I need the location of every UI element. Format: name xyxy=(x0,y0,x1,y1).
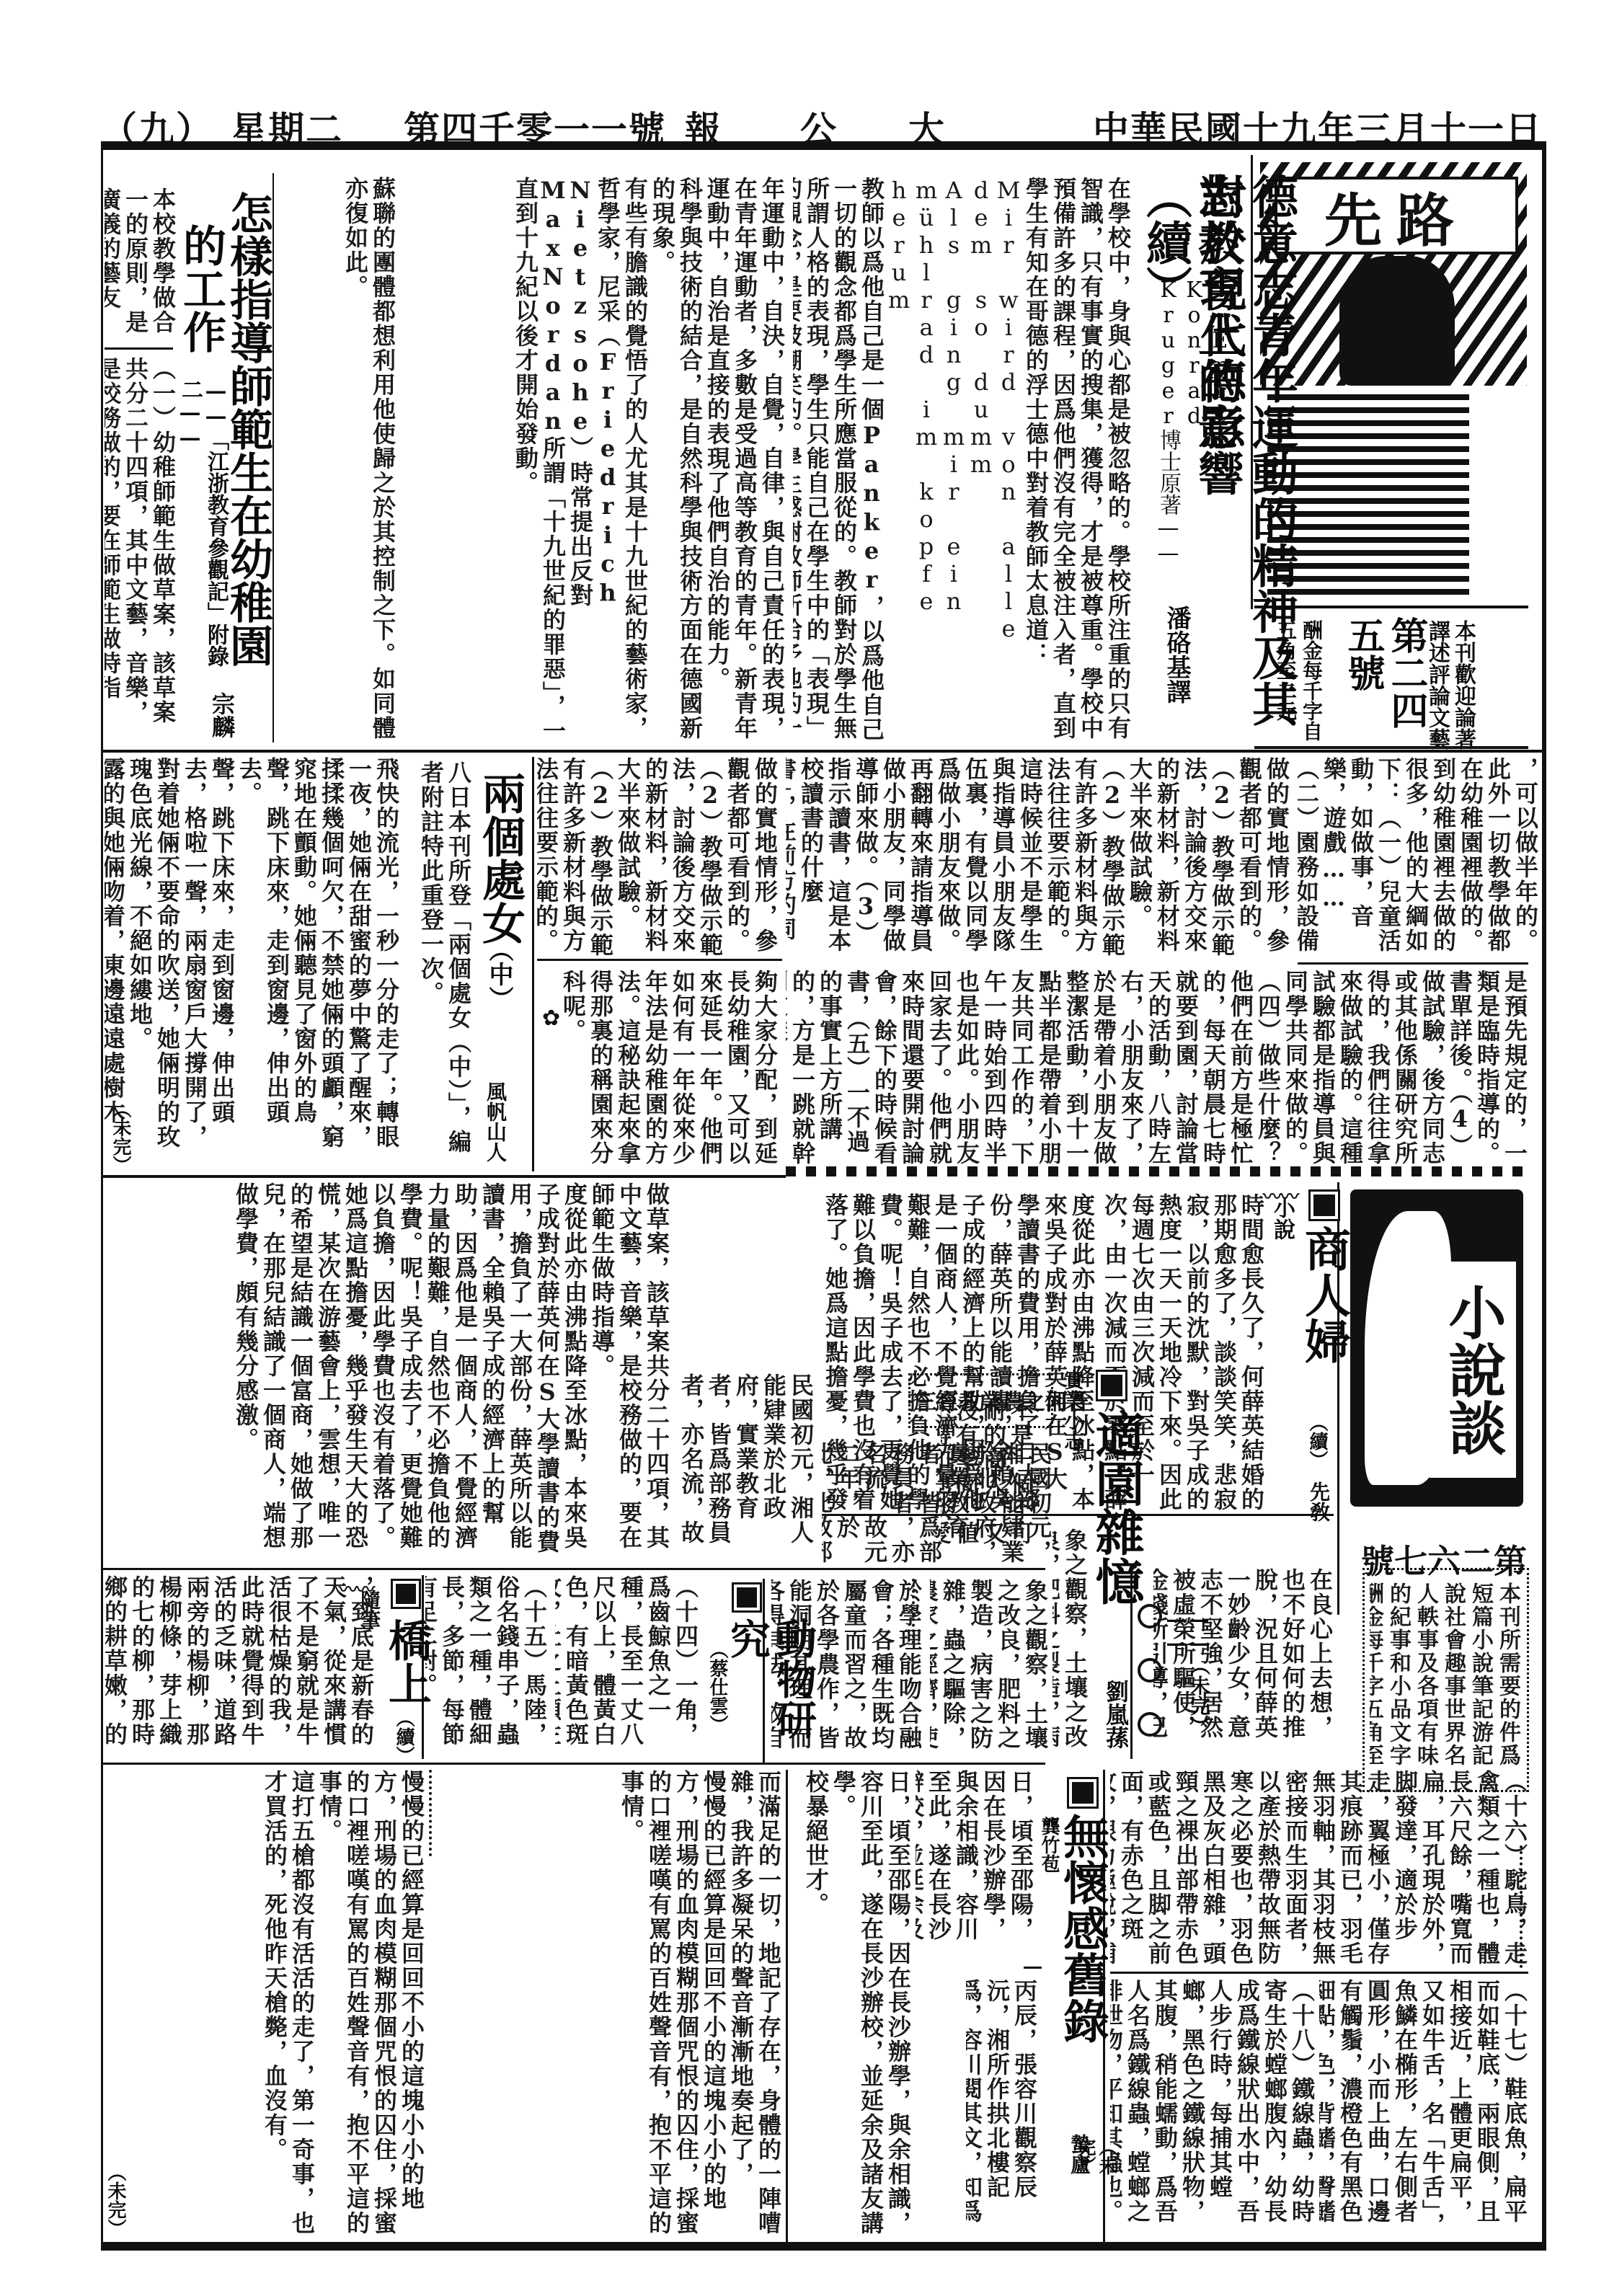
garden-paragraph: 民國初元，湘人能肄業於北政府，實業教育者，皆爲部務員者，亦名流，故元二年，於此，… xyxy=(822,1442,1052,1564)
masthead: 中華民國十九年三月十一日 大 公 報 第四千零一一號 星期二 （九） xyxy=(101,101,1543,144)
kg-continued-end: 夠大家分配，到延長幼稚園，又可以來延長一年。他們如何有一年從來少年法是幼稚園的方… xyxy=(537,970,779,1171)
kg-continued-mid: 做的實地情形，參觀者都可看到的。（2）教學做示範法，討論後方交來的新材料，新材料… xyxy=(786,757,1290,962)
issue-divider xyxy=(1254,746,1528,749)
article-paragraph: 蘇聯的團體都想利用他使歸之於其控制之下。如同體亦復如此。 xyxy=(342,177,396,746)
kg-body-lower: （一）幼稚師範生做草案，該草案共分二十四項，其中文藝，音樂，是校務做的，要在師範… xyxy=(105,357,177,746)
animal-entry-15: （十五）馬陸，俗名錢串子，蟲類之一種，體細長，多節，每節有足二對。 xyxy=(425,1575,548,1759)
fiction-notice: 本刊所需要的件爲短篇小說筆記游記說社會趣事世界名人軼事及各項有味的紀事和小品文字… xyxy=(1370,1582,1521,1784)
divider xyxy=(1024,1967,1042,1969)
garden-paragraph: 做草案，該草案共分二十四項，其中文藝，音樂，是校務做的，要在師範生做時指導。 xyxy=(588,1182,670,1564)
kg-title-line2: 的工作 xyxy=(177,223,226,368)
merchant-part: （續） xyxy=(1306,1413,1328,1471)
kg-divider xyxy=(105,347,173,350)
article-paragraph: 科學與技術的結合，是自然科學與技術方面在德國新的現象。 xyxy=(649,177,704,746)
fiction-banner: 小說談 第二六七號 xyxy=(1337,1182,1530,1615)
bridge-paragraph: 而滿足的一切，地記了存在，身體的一陣嘈雜，我許多凝呆的聲音漸漸地奏起了， xyxy=(727,1770,782,2246)
bridge-part: （續） xyxy=(393,1708,415,1766)
animal-title: 動物研究 xyxy=(724,1618,817,1763)
kg-paragraph: ，可以做半年的。此外一切教學做都在幼稚園裡做的。到幼稚園裡去做的很多，他的大綱如… xyxy=(1298,757,1539,962)
garden-paragraph: 象之觀察，土壤之改良，肥料之製造，病害之防雜，蟲之驅除，農家之經濟，使之親歷而研… xyxy=(1052,1528,1089,1766)
merchant-title: 商人婦 xyxy=(1298,1225,1350,1413)
entry-number: （十五） xyxy=(520,1575,548,1673)
animal-author: （蔡仕雲） xyxy=(706,1640,728,1727)
divider xyxy=(1298,962,1528,965)
notice-welcome: 本刊歡迎論著譯述評論文藝 xyxy=(1424,620,1476,750)
row-divider xyxy=(101,1763,1045,1765)
kg-paragraph: 夠大家分配，到延長幼稚園，又可以來延長一年。他們如何有一年從來少年法是幼稚園的方… xyxy=(559,970,779,1171)
animal-entry-14: （十四）一角，爲齒鯨魚之一種，長至一丈八尺以上，體黃白色，有暗黃色斑紋，牡之上顎… xyxy=(555,1575,699,1759)
article-paragraph: 有些有膽識的覺悟了的人尤其是十九世紀的藝術家，哲學家，尼采（Friedrich … xyxy=(512,177,649,746)
entry-text: 駝鳥，走禽類之一種也，體長六尺餘，嘴寬而扁，耳孔現於外，脚發達，適於步走，翼極小… xyxy=(1110,1770,1528,1966)
ornament-icon: ✿ xyxy=(542,1006,560,1031)
article-paragraph: 教師以爲他自己是一個Panker，以爲他自己一切的觀念都爲學生所應當服從的。教師… xyxy=(793,177,885,746)
maidens-title: 兩個處女 xyxy=(476,771,525,959)
garden-paragraph: 民國初元，湘人能肄業於北政府，實業教育者，皆爲部務員者，亦名流，故元二年，於此，… xyxy=(678,1373,815,1564)
kg-paragraph: （一）幼稚師範生做草案，該草案共分二十四項，其中文藝，音樂，是校務做的，要在師範… xyxy=(105,357,177,746)
garden-body-1: 民國初元，湘人能肄業於北政府，實業教育者，皆爲部務員者，亦名流，故元二年，於此，… xyxy=(822,1442,1052,1564)
nostalgia-title: 無懷感舊錄 xyxy=(1056,1813,1108,2116)
section-square-icon xyxy=(732,1582,762,1613)
diamond-ornament-divider xyxy=(786,1166,1528,1176)
garden-paragraph: 度從此亦由沸點降至冰點，本來吳子成對於薛英何在S大學讀書的費用，擔負了一大部份，… xyxy=(232,1182,588,1564)
row-divider xyxy=(101,1175,786,1178)
article-body: 在學校中，身與心都是被忽略的。學校所注重的只有智識，只有事實的搜集，獲得，才是被… xyxy=(793,177,1132,746)
german-quote: Mir wird von alle dem so dumm xyxy=(967,177,1022,746)
maidens-body: 飛快的流光，一秒一分的走了；轉眼一夜，她倆在甜蜜的夢中驚了醒來，揉揉幾個呵欠，不… xyxy=(105,757,400,1171)
kg-continued-right: ，可以做半年的。此外一切教學做都在幼稚園裡做的。到幼稚園裡去做的很多，他的大綱如… xyxy=(1298,757,1539,962)
nostalgia-paragraph: 日，頃至邵陽，因在長沙辦學，與余相識，容川至此，遂在長沙辦校，並延余及諸友講學。 xyxy=(830,1770,912,2246)
garden-paragraph: 象之觀察，土壤之改良，肥料之製造，病害之防雜，蟲之驅除，農家之經濟，使之親歷而研… xyxy=(930,1579,1049,1763)
garden-observation-col: 象之觀察，土壤之改良，肥料之製造，病害之防雜，蟲之驅除，農家之經濟，使之親歷而研… xyxy=(1052,1528,1089,1766)
fiction-banner-title: 小說談 xyxy=(1430,1262,1516,1478)
maidens-paragraph: 聲，跳下床來，走到窗邊，伸出頭去，格啦一聲，兩扇窗戶大撐開了，對着她倆不要命的吹… xyxy=(126,757,236,1171)
merchant-section-tag: 小說 xyxy=(1269,1197,1295,1269)
dotted-divider xyxy=(429,1770,432,1856)
notice-text: 本刊所需要的件爲短篇小說筆記游記說社會趣事世界名人軼事及各項有味的紀事和小品文字… xyxy=(1370,1582,1521,1784)
nostalgia-author: 蟄廬 xyxy=(1067,2134,1091,2206)
kg-paragraph: 是預先規定的，一類是臨時指導的。書單詳後。（4）做試驗，後方同志或其他係關研究所… xyxy=(786,970,1528,1171)
top-row-divider xyxy=(101,750,1543,753)
nostalgia-body-2: 丙辰，張容川觀察辰沅，湘所作拱北樓記爲，容川閱其文，知爲才，百二十年來未有之佳作… xyxy=(966,1979,1038,2246)
article-body-end: 蘇聯的團體都想利用他使歸之於其控制之下。如同體亦復如此。 xyxy=(281,177,396,746)
kg-title-line1: 怎樣指導師範生在幼稚園 xyxy=(223,191,272,746)
article-body-continued: 年運動中，自決，自覺，自律，與自己責任的表現，在青年運動者，多數是受過高等教育的… xyxy=(404,177,786,746)
bridge-body-1: ，到底是新春的天氣，從來講慣了不是窮就是牛活很枯燥的我，此時就覺得到牛活的乏味，… xyxy=(101,1575,375,1759)
entry-text: 鞋底魚，扁平而如鞋底，兩眼側，且相接近，上體更扁平，又如牛舌，名「牛舌」，魚鱗在… xyxy=(1319,1979,1528,2237)
bridge-paragraph: 慢慢的已經算是回回不小的這塊小小的地方，刑場的血肉模糊那個咒恨的囚住，採蜜的口裡… xyxy=(316,1770,425,2246)
garden-body-3: 做草案，該草案共分二十四項，其中文藝，音樂，是校務做的，要在師範生做時指導。 度… xyxy=(101,1182,670,1564)
divider xyxy=(537,959,782,961)
article-byline-author: ——Eritz—Konrad Kruger博士原著—— xyxy=(1155,278,1233,580)
bridge-end-mark: （未完） xyxy=(105,2163,126,2235)
maidens-part: （中） xyxy=(484,937,513,1016)
maidens-paragraph: 飛快的流光，一秒一分的走了；轉眼一夜，她倆在甜蜜的夢中驚了醒來，揉揉幾個呵欠，不… xyxy=(236,757,400,1171)
kg-paragraph: 做的實地情形，參觀者都可看到的。（2）教學做示範法，討論後方交來的新材料，新材料… xyxy=(537,757,779,962)
entry-number: （十四） xyxy=(672,1575,699,1673)
section-square-icon xyxy=(1096,1370,1127,1401)
column-divider xyxy=(532,757,534,1171)
entry-text: 鐵線蟲，幼時寄生於螳螂腹內，幼長成爲鐵線狀出水中，吾人步行時，每捕其螳螂，黑色之… xyxy=(1110,1979,1316,2224)
section-square-icon xyxy=(1308,1189,1340,1221)
banner-illustration: 先路 xyxy=(1260,162,1527,386)
kg-body-top: 本校教學做合一的原則，是廣義的藝友制。所以一切指導方法與前項相彷。不過爲師範生要… xyxy=(105,187,177,342)
kg-source: ——「江浙教育參觀記」附錄二—— xyxy=(177,378,229,681)
garden-body-2: 民國初元，湘人能肄業於北政府，實業教育者，皆爲部務員者，亦名流，故元二年，於此，… xyxy=(678,1373,815,1564)
animal-entry-18: （十八）鐵線蟲，幼時寄生於螳螂腹內，幼長成爲鐵線狀出水中，吾人步行時，每捕其螳螂… xyxy=(1110,1979,1316,2246)
kg-continued-lower: 是預先規定的，一類是臨時指導的。書單詳後。（4）做試驗，後方同志或其他係關研究所… xyxy=(786,970,1528,1171)
nostalgia-body-3: 日，頃至邵陽，因在長沙辦學，與余相識，容川至此，遂在長沙辦校，並延余及諸友講學。… xyxy=(793,1770,912,2246)
nostalgia-paragraph: 校暴絕世才。 xyxy=(802,1770,830,2246)
bottom-rule xyxy=(101,2242,1546,2251)
column-divider xyxy=(272,173,278,743)
merchant-author: 先敎 xyxy=(1306,1481,1331,1539)
nostalgia-paragraph: 丙辰，張容川觀察辰沅，湘所作拱北樓記爲，容川閱其文，知爲才，百二十年來未有之佳作… xyxy=(966,1979,1038,2246)
entry-number: （十七） xyxy=(1501,1979,1528,2077)
bridge-paragraph: 慢慢的已經算是回回不小的這塊小小的地方，刑場的血肉模糊那個咒恨的囚住，採蜜的口裡… xyxy=(618,1770,727,2246)
kg-continued-left: 做的實地情形，參觀者都可看到的。（2）教學做示範法，討論後方交來的新材料，新材料… xyxy=(537,757,779,962)
section-square-icon xyxy=(391,1579,421,1609)
kg-paragraph: 做的實地情形，參觀者都可看到的。（2）教學做示範法，討論後方交來的新材料，新材料… xyxy=(786,757,1290,962)
animal-entry-17: （十七）鞋底魚，扁平而如鞋底，兩眼側，且相接近，上體更扁平，又如牛舌，名「牛舌」… xyxy=(1319,1979,1528,2246)
editor-note: 八日本刊所登「兩個處女（中）」，編者附註特此重登一次。 xyxy=(417,761,472,1171)
rider-silhouette xyxy=(1339,256,1455,386)
divider xyxy=(1110,1972,1528,1974)
bridge-paragraph: ，到底是新春的天氣，從來講慣了不是窮就是牛活很枯燥的我，此時就覺得到牛活的乏味，… xyxy=(101,1575,375,1759)
issue-number-badge: 第二四五號 xyxy=(1341,616,1427,746)
article-paragraph: 在學校中，身與心都是被忽略的。學校所注重的只有智識，只有事實的搜集，獲得，才是被… xyxy=(1022,177,1132,746)
maidens-editor-note: 八日本刊所登「兩個處女（中）」，編者附註特此重登一次。 xyxy=(404,761,472,1171)
kg-author: 宗麟 xyxy=(209,692,235,750)
article-byline-translator: 潘硌基譯 xyxy=(1162,606,1191,714)
fiction-banner-illustration: 小說談 xyxy=(1350,1189,1523,1507)
entry-number: （十六） xyxy=(1501,1770,1528,1868)
kg-paragraph: 本校教學做合一的原則，是廣義的藝友制。所以一切指導方法與前項相彷。不過爲師範生要… xyxy=(105,187,177,342)
article-paragraph: 年運動中，自決，自覺，自律，與自己責任的表現，在青年運動者，多數是受過高等教育的… xyxy=(704,177,786,746)
banner-title: 先路 xyxy=(1275,177,1518,254)
garden-subhead: 吾湘之農業教育三 xyxy=(916,1384,1089,1416)
german-quote: Als ging mir ein mühlrad im kopfe herum xyxy=(885,177,967,746)
garden-body-4: 象之觀察，土壤之改良，肥料之製造，病害之防雜，蟲之驅除，農家之經濟，使之親歷而研… xyxy=(930,1579,1049,1763)
animal-entry-16: （十六）駝鳥，走禽類之一種也，體長六尺餘，嘴寬而扁，耳孔現於外，脚發達，適於步走… xyxy=(1110,1770,1528,1986)
bridge-paragraph: 這打五槍都沒有活活的走了，第一奇事，也才買活的，死他昨天槍斃，血沒有。 xyxy=(261,1770,316,2246)
bridge-body-3: 慢慢的已經算是回回不小的這塊小小的地方，刑場的血肉模糊那個咒恨的囚住，採蜜的口裡… xyxy=(101,1770,425,2246)
merchant-end-mark: ——（未完）—— xyxy=(1164,1608,1210,1752)
section-square-icon xyxy=(1067,1777,1099,1809)
row-divider xyxy=(101,1568,1045,1570)
maidens-author: 風帆山人 xyxy=(483,1081,508,1168)
nostalgia-paragraph: 日，頃至邵陽，因在長沙辦學，與余相識，容川至此，遂在長沙辦校，並延余及諸友講學。 xyxy=(916,1770,1034,1946)
dotted-divider xyxy=(1520,1845,1523,1968)
column-divider xyxy=(786,1770,788,2246)
garden-author: 劉嵐蓀 xyxy=(1103,1680,1129,1759)
bridge-body-2: 而滿足的一切，地記了存在，身體的一陣嘈雜，我許多凝呆的聲音漸漸地奏起了， 慢慢的… xyxy=(433,1770,782,2246)
maidens-end-mark: （未完） xyxy=(110,1099,131,1171)
nostalgia-byline: 龔竹苞 xyxy=(1038,1817,1060,1903)
entry-number: （十八） xyxy=(1288,1979,1316,2077)
nostalgia-body-1: 日，頃至邵陽，因在長沙辦學，與余相識，容川至此，遂在長沙辦校，並延余及諸友講學。 xyxy=(916,1770,1034,1946)
